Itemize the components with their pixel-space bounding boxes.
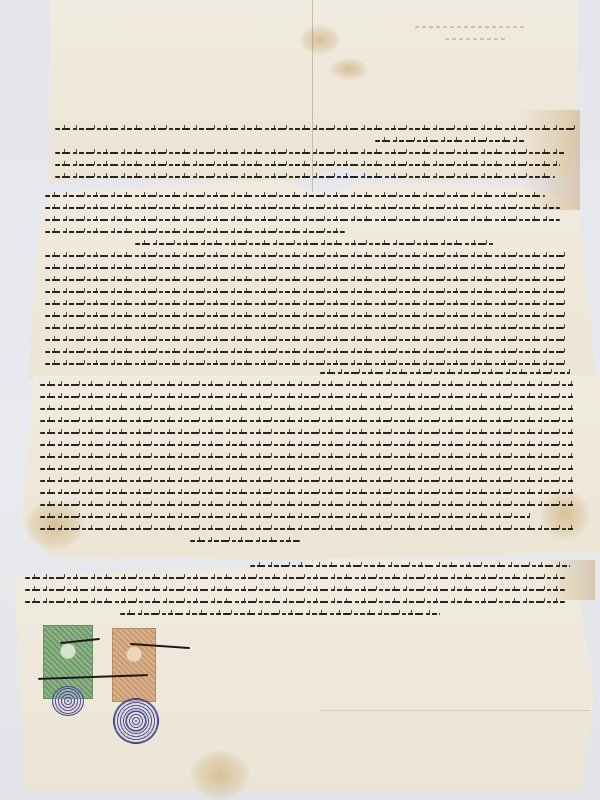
stain-top-center: [300, 25, 340, 55]
text-block-middle-lower: [40, 372, 580, 552]
fold-line-horizontal: [320, 710, 590, 711]
stain-top-center-2: [330, 58, 368, 80]
revenue-stamp-orange: [112, 628, 156, 702]
text-block-middle-upper: [45, 195, 570, 375]
ink-seal-right: [113, 698, 159, 744]
text-block-bottom: [25, 565, 570, 625]
ink-seal-left: [52, 686, 84, 716]
stain-bottom-center: [190, 750, 250, 800]
text-block-top: [55, 128, 575, 188]
marginal-note: [415, 26, 525, 50]
